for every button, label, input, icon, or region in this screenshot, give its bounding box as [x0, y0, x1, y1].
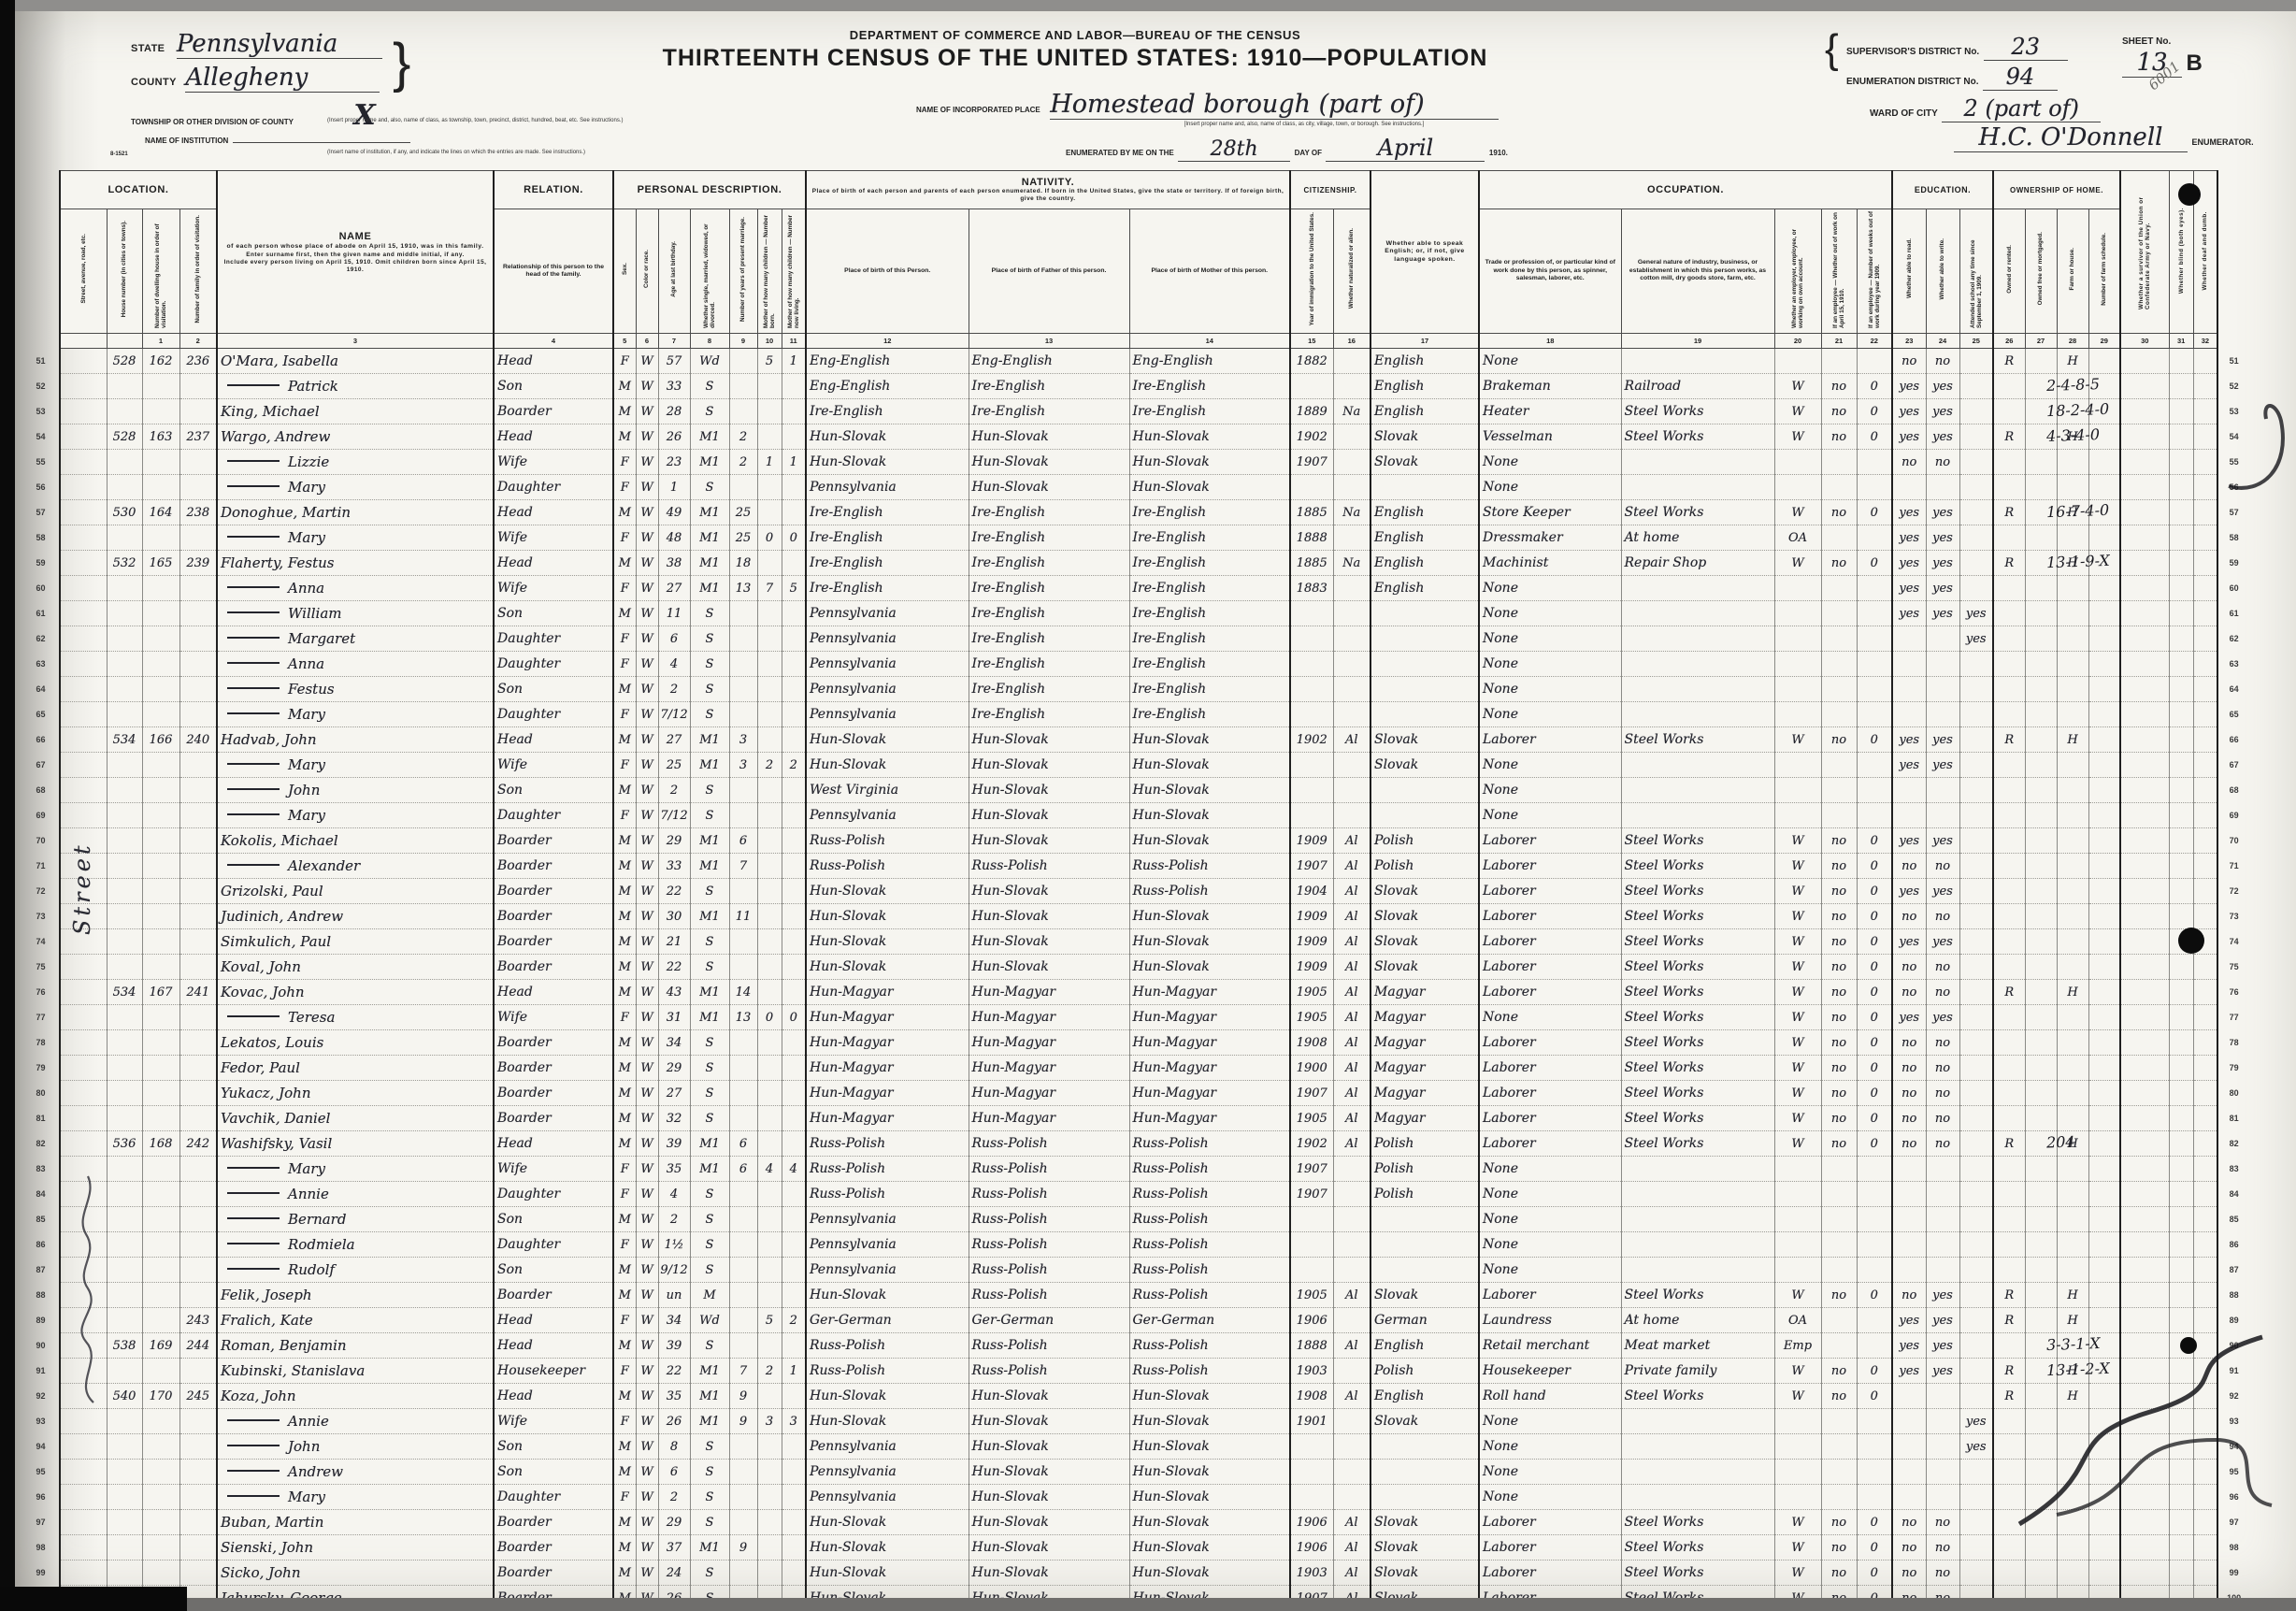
cell-school [1959, 778, 1993, 803]
cell-own [1993, 626, 2025, 652]
cell-deaf [2193, 1510, 2217, 1535]
cell-age: 37 [658, 1535, 690, 1561]
cell-write [1926, 1460, 1959, 1485]
cell-gl: 67 [22, 753, 60, 778]
column-number-name: 3 [217, 334, 494, 349]
cell-fam [179, 1460, 217, 1485]
cell-color: W [636, 753, 658, 778]
cell-nat [1333, 1207, 1370, 1232]
cell-yrs [729, 677, 757, 702]
margin-annotation: 4-3-4-0 [2045, 425, 2100, 445]
cell-street [60, 1106, 107, 1131]
cell-write [1926, 1409, 1959, 1434]
cell-dwell [142, 1182, 179, 1207]
cell-farm [2057, 828, 2088, 854]
cell-ind: Steel Works [1621, 1030, 1774, 1056]
cell-gl: 92 [22, 1384, 60, 1409]
cell-house: 528 [107, 424, 142, 450]
cell-own [1993, 1510, 2025, 1535]
cell-blind [2169, 1131, 2193, 1157]
ditto-dash [227, 1015, 280, 1017]
cell-emp: W [1774, 1056, 1821, 1081]
cell-bp: Hun-Slovak [806, 904, 969, 929]
cell-gr: 92 [2217, 1384, 2249, 1409]
cell-marital: S [690, 1030, 729, 1056]
cell-vet [2120, 828, 2169, 854]
cell-bpm: Hun-Magyar [1129, 1106, 1290, 1131]
ditto-dash [227, 813, 280, 815]
column-number-blind: 31 [2169, 334, 2193, 349]
cell-house [107, 1460, 142, 1485]
cell-imm [1290, 753, 1333, 778]
cell-sched [2088, 1106, 2120, 1131]
column-header-mort: Owned free or mortgaged. [2025, 209, 2057, 334]
group-location: LOCATION. [60, 171, 217, 209]
cell-street [60, 1460, 107, 1485]
cell-write: yes [1926, 374, 1959, 399]
cell-bp: Hun-Slovak [806, 1409, 969, 1434]
column-number-own: 26 [1993, 334, 2025, 349]
cell-read: no [1892, 1106, 1926, 1131]
cell-cl [782, 955, 806, 980]
cell-school: yes [1959, 1434, 1993, 1460]
cell-cb: 0 [757, 525, 782, 551]
cell-ind: Steel Works [1621, 854, 1774, 879]
cell-marital: S [690, 1207, 729, 1232]
cell-mort [2025, 475, 2057, 500]
cell-dwell [142, 1157, 179, 1182]
cell-oow [1821, 1333, 1857, 1359]
census-row: 77TeresaWifeFW31M11300Hun-MagyarHun-Magy… [22, 1005, 2249, 1030]
cell-farm [2057, 1056, 2088, 1081]
cell-street [60, 1333, 107, 1359]
cell-blind [2169, 1434, 2193, 1460]
cell-vet [2120, 1460, 2169, 1485]
cell-cl [782, 904, 806, 929]
cell-weeks [1857, 1485, 1892, 1510]
cell-gl: 94 [22, 1434, 60, 1460]
cell-lang: German [1370, 1308, 1479, 1333]
cell-lang [1370, 475, 1479, 500]
cell-bpf: Russ-Polish [969, 1283, 1129, 1308]
cell-lang: Slovak [1370, 424, 1479, 450]
cell-dwell [142, 1005, 179, 1030]
cell-house: 536 [107, 1131, 142, 1157]
census-row: 93AnnieWifeFW26M1933Hun-SlovakHun-Slovak… [22, 1409, 2249, 1434]
cell-yrs [729, 1283, 757, 1308]
cell-own: R [1993, 1308, 2025, 1333]
column-number-marital: 8 [690, 334, 729, 349]
cell-emp: W [1774, 1510, 1821, 1535]
cell-color: W [636, 1359, 658, 1384]
cell-relation: Son [494, 1258, 613, 1283]
cell-own: R [1993, 1384, 2025, 1409]
cell-sex: F [613, 525, 636, 551]
cell-occ: Laborer [1479, 929, 1621, 955]
department-line: DEPARTMENT OF COMMERCE AND LABOR—BUREAU … [524, 28, 1627, 42]
cell-deaf [2193, 677, 2217, 702]
column-header-imm: Year of immigration to the United States… [1290, 209, 1333, 334]
cell-nat: Al [1333, 1030, 1370, 1056]
cell-nat [1333, 601, 1370, 626]
cell-school [1959, 1308, 1993, 1333]
cell-dwell: 167 [142, 980, 179, 1005]
cell-read [1892, 1409, 1926, 1434]
cell-nat [1333, 626, 1370, 652]
cell-write [1926, 677, 1959, 702]
cell-cb [757, 1535, 782, 1561]
group-nativity: NATIVITY.Place of birth of each person a… [806, 171, 1290, 209]
cell-vet [2120, 955, 2169, 980]
cell-sex: F [613, 1409, 636, 1434]
cell-street [60, 601, 107, 626]
cell-fam [179, 955, 217, 980]
cell-street [60, 1081, 107, 1106]
cell-read: yes [1892, 727, 1926, 753]
cell-lang: Slovak [1370, 904, 1479, 929]
census-row: 75Koval, JohnBoarderMW22SHun-SlovakHun-S… [22, 955, 2249, 980]
cell-sched [2088, 626, 2120, 652]
census-row: 66534166240Hadvab, JohnHeadMW27M13Hun-Sl… [22, 727, 2249, 753]
column-header-fam: Number of family in order of visitation. [179, 209, 217, 334]
cell-gl: 63 [22, 652, 60, 677]
cell-imm [1290, 1258, 1333, 1283]
cell-sched [2088, 1207, 2120, 1232]
cell-bp: Hun-Slovak [806, 1283, 969, 1308]
column-number-color: 6 [636, 334, 658, 349]
cell-imm [1290, 475, 1333, 500]
cell-name: Mary [217, 753, 494, 778]
cell-relation: Boarder [494, 879, 613, 904]
cell-lang [1370, 652, 1479, 677]
cell-weeks: 0 [1857, 727, 1892, 753]
right-brace: { [1825, 26, 1839, 73]
cell-blind [2169, 1157, 2193, 1182]
cell-age: 21 [658, 929, 690, 955]
cell-lang: Polish [1370, 1131, 1479, 1157]
cell-lang: Polish [1370, 1157, 1479, 1182]
cell-cl [782, 652, 806, 677]
cell-cb [757, 1056, 782, 1081]
cell-gl: 51 [22, 349, 60, 374]
cell-lang: English [1370, 576, 1479, 601]
cell-oow: no [1821, 1359, 1857, 1384]
cell-imm: 1903 [1290, 1359, 1333, 1384]
cell-marital: M1 [690, 525, 729, 551]
cell-occ: Laborer [1479, 1283, 1621, 1308]
cell-gr: 64 [2217, 677, 2249, 702]
cell-vet [2120, 1030, 2169, 1056]
cell-sched [2088, 803, 2120, 828]
cell-relation: Head [494, 980, 613, 1005]
cell-relation: Head [494, 1131, 613, 1157]
cell-weeks [1857, 677, 1892, 702]
cell-blind [2169, 753, 2193, 778]
cell-sex: M [613, 1561, 636, 1586]
cell-name: Mary [217, 525, 494, 551]
cell-fam [179, 1561, 217, 1586]
cell-relation: Son [494, 1207, 613, 1232]
cell-imm: 1905 [1290, 980, 1333, 1005]
cell-blind [2169, 399, 2193, 424]
cell-bpm: Hun-Slovak [1129, 1434, 1290, 1460]
ditto-dash [227, 384, 280, 386]
street-name-vertical: Street [69, 720, 95, 935]
cell-deaf [2193, 349, 2217, 374]
cell-marital: M [690, 1283, 729, 1308]
cell-marital: M1 [690, 1409, 729, 1434]
cell-fam: 239 [179, 551, 217, 576]
cell-cl [782, 1056, 806, 1081]
cell-cl: 2 [782, 753, 806, 778]
cell-own [1993, 1485, 2025, 1510]
cell-age: 57 [658, 349, 690, 374]
cell-write: yes [1926, 601, 1959, 626]
margin-annotation: 13-1-2-X [2045, 1359, 2109, 1379]
state-label: State [131, 43, 165, 54]
cell-nat: Al [1333, 879, 1370, 904]
cell-occ: Vesselman [1479, 424, 1621, 450]
cell-farm [2057, 475, 2088, 500]
cell-fam [179, 1359, 217, 1384]
cell-nat [1333, 1308, 1370, 1333]
cell-name: Mary [217, 475, 494, 500]
cell-gr: 72 [2217, 879, 2249, 904]
cell-school [1959, 1157, 1993, 1182]
cell-mort [2025, 349, 2057, 374]
cell-blind [2169, 1258, 2193, 1283]
cell-sex: F [613, 1157, 636, 1182]
cell-age: 6 [658, 626, 690, 652]
cell-bp: Pennsylvania [806, 1460, 969, 1485]
cell-vet [2120, 1359, 2169, 1384]
cell-street [60, 1283, 107, 1308]
cell-cb [757, 626, 782, 652]
cell-dwell [142, 702, 179, 727]
census-row: 60AnnaWifeFW27M11375Ire-EnglishIre-Engli… [22, 576, 2249, 601]
cell-sched: 204 [2088, 1131, 2120, 1157]
cell-imm: 1906 [1290, 1535, 1333, 1561]
cell-house [107, 1232, 142, 1258]
cell-ind [1621, 753, 1774, 778]
cell-occ: Laborer [1479, 904, 1621, 929]
county-label: County [131, 77, 177, 88]
cell-gr: 66 [2217, 727, 2249, 753]
cell-farm [2057, 576, 2088, 601]
cell-sex: F [613, 702, 636, 727]
cell-blind [2169, 1232, 2193, 1258]
cell-mort [2025, 1157, 2057, 1182]
cell-imm [1290, 1207, 1333, 1232]
cell-cb [757, 1030, 782, 1056]
cell-bpm: Ire-English [1129, 500, 1290, 525]
cell-house [107, 1535, 142, 1561]
cell-write: no [1926, 1510, 1959, 1535]
cell-bp: Hun-Magyar [806, 1106, 969, 1131]
cell-cl: 2 [782, 1308, 806, 1333]
cell-bpf: Hun-Slovak [969, 1485, 1129, 1510]
cell-street [60, 1359, 107, 1384]
cell-color: W [636, 1409, 658, 1434]
cell-weeks [1857, 1308, 1892, 1333]
cell-cl [782, 1283, 806, 1308]
cell-ind [1621, 1157, 1774, 1182]
cell-relation: Wife [494, 753, 613, 778]
cell-emp: Emp [1774, 1333, 1821, 1359]
cell-house [107, 803, 142, 828]
cell-gr: 70 [2217, 828, 2249, 854]
cell-school [1959, 652, 1993, 677]
cell-read: no [1892, 1030, 1926, 1056]
cell-dwell: 168 [142, 1131, 179, 1157]
cell-emp: W [1774, 500, 1821, 525]
cell-age: 2 [658, 677, 690, 702]
cell-deaf [2193, 1535, 2217, 1561]
cell-yrs [729, 778, 757, 803]
cell-school [1959, 349, 1993, 374]
cell-nat [1333, 1434, 1370, 1460]
punch-hole-top [2178, 183, 2201, 206]
cell-yrs [729, 1232, 757, 1258]
cell-marital: S [690, 1460, 729, 1485]
cell-cl [782, 702, 806, 727]
cell-deaf [2193, 702, 2217, 727]
sheet-label: SHEET No. [2122, 36, 2171, 47]
cell-yrs [729, 349, 757, 374]
column-header-nat: Whether naturalized or alien. [1333, 209, 1370, 334]
cell-age: 28 [658, 399, 690, 424]
cell-imm: 1883 [1290, 576, 1333, 601]
cell-ind: Steel Works [1621, 1384, 1774, 1409]
column-number-fam: 2 [179, 334, 217, 349]
cell-blind [2169, 551, 2193, 576]
census-row: 63AnnaDaughterFW4SPennsylvaniaIre-Englis… [22, 652, 2249, 677]
column-header-sched: Number of farm schedule. [2088, 209, 2120, 334]
cell-mort [2025, 1535, 2057, 1561]
enumerated-month: April [1326, 135, 1485, 162]
cell-cl [782, 854, 806, 879]
cell-name: Kovac, John [217, 980, 494, 1005]
cell-color: W [636, 1207, 658, 1232]
cell-write: yes [1926, 828, 1959, 854]
cell-relation: Boarder [494, 929, 613, 955]
cell-cb: 4 [757, 1157, 782, 1182]
cell-imm [1290, 1232, 1333, 1258]
cell-read [1892, 702, 1926, 727]
cell-own: R [1993, 424, 2025, 450]
cell-house [107, 601, 142, 626]
cell-nat: Na [1333, 500, 1370, 525]
cell-gl: 81 [22, 1106, 60, 1131]
cell-name: Vavchik, Daniel [217, 1106, 494, 1131]
cell-sex: M [613, 1106, 636, 1131]
cell-sex: M [613, 854, 636, 879]
cell-bpf: Hun-Slovak [969, 1384, 1129, 1409]
cell-emp [1774, 1460, 1821, 1485]
cell-imm [1290, 1434, 1333, 1460]
cell-yrs: 11 [729, 904, 757, 929]
cell-sched [2088, 828, 2120, 854]
cell-yrs [729, 955, 757, 980]
cell-read: yes [1892, 424, 1926, 450]
cell-oow [1821, 1434, 1857, 1460]
cell-sex: F [613, 1232, 636, 1258]
cell-oow: no [1821, 955, 1857, 980]
cell-imm: 1903 [1290, 1561, 1333, 1586]
cell-house: 540 [107, 1384, 142, 1409]
cell-cb [757, 1283, 782, 1308]
supervisor-label: SUPERVISOR'S DISTRICT No. [1846, 47, 1979, 57]
cell-read [1892, 1485, 1926, 1510]
cell-relation: Son [494, 677, 613, 702]
cell-fam [179, 601, 217, 626]
cell-lang: Slovak [1370, 1535, 1479, 1561]
cell-dwell [142, 1106, 179, 1131]
cell-gl: 73 [22, 904, 60, 929]
cell-street [60, 652, 107, 677]
cell-occ: None [1479, 1460, 1621, 1485]
census-row: 88Felik, JosephBoarderMWunMHun-SlovakRus… [22, 1283, 2249, 1308]
cell-bpm: Hun-Slovak [1129, 828, 1290, 854]
cell-yrs: 9 [729, 1409, 757, 1434]
cell-bpf: Hun-Slovak [969, 475, 1129, 500]
cell-sched [2088, 778, 2120, 803]
cell-relation: Boarder [494, 1081, 613, 1106]
cell-house [107, 1510, 142, 1535]
cell-imm [1290, 677, 1333, 702]
cell-relation: Wife [494, 1409, 613, 1434]
cell-bpm: Russ-Polish [1129, 1359, 1290, 1384]
cell-oow [1821, 525, 1857, 551]
cell-weeks [1857, 1409, 1892, 1434]
cell-cb: 7 [757, 576, 782, 601]
cell-occ: Laborer [1479, 1561, 1621, 1586]
cell-school [1959, 702, 1993, 727]
cell-sched [2088, 1030, 2120, 1056]
cell-house [107, 1157, 142, 1182]
cell-ind [1621, 803, 1774, 828]
cell-emp: W [1774, 1081, 1821, 1106]
cell-bpf: Hun-Slovak [969, 1434, 1129, 1460]
cell-bpm: Russ-Polish [1129, 1333, 1290, 1359]
cell-house [107, 778, 142, 803]
cell-dwell [142, 1283, 179, 1308]
cell-yrs [729, 1258, 757, 1283]
column-header-street: Street, avenue, road, etc. [60, 209, 107, 334]
cell-school [1959, 1485, 1993, 1510]
cell-dwell [142, 1460, 179, 1485]
cell-fam [179, 652, 217, 677]
cell-lang [1370, 677, 1479, 702]
cell-blind [2169, 879, 2193, 904]
cell-gl: 87 [22, 1258, 60, 1283]
cell-blind [2169, 904, 2193, 929]
cell-vet [2120, 1157, 2169, 1182]
cell-school [1959, 854, 1993, 879]
cell-sched [2088, 576, 2120, 601]
cell-lang [1370, 702, 1479, 727]
cell-bpm: Russ-Polish [1129, 854, 1290, 879]
cell-marital: S [690, 1081, 729, 1106]
cell-deaf [2193, 1283, 2217, 1308]
cell-imm: 1902 [1290, 424, 1333, 450]
cell-imm: 1908 [1290, 1384, 1333, 1409]
ditto-dash [227, 460, 280, 462]
cell-blind [2169, 652, 2193, 677]
cell-farm [2057, 1460, 2088, 1485]
cell-bpf: Russ-Polish [969, 1131, 1129, 1157]
cell-imm: 1902 [1290, 1131, 1333, 1157]
